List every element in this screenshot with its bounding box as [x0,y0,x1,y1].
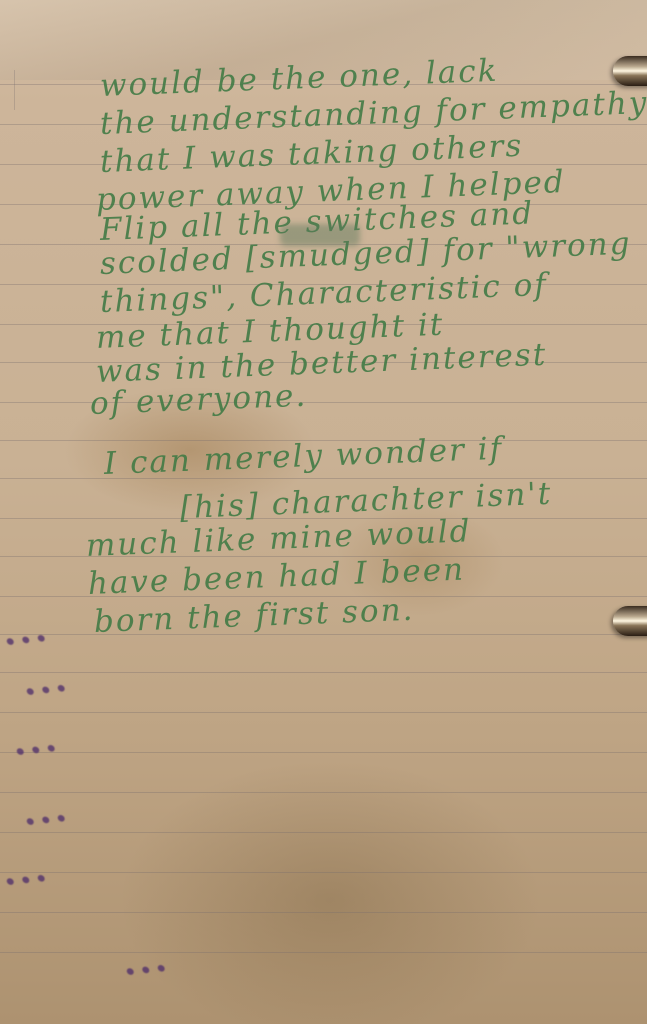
handwritten-line: I can merely wonder if [103,431,503,482]
bleed-through-text: ... [0,608,49,655]
ruled-line [0,872,647,873]
handwritten-line: of everyone. [89,378,308,422]
binder-ring-bottom [613,606,647,636]
ink-smudge [280,224,360,246]
bleed-through-text: ... [18,788,69,835]
ruled-line [0,912,647,913]
ruled-line [0,952,647,953]
bleed-through-text: ... [118,938,169,985]
binder-ring-top [613,56,647,86]
bleed-through-text: ... [0,848,49,895]
ruled-line [0,752,647,753]
bleed-through-text: ... [8,718,59,765]
ruled-line [0,832,647,833]
ruled-line [0,792,647,793]
notebook-page: ... ... ... ... ... ... would be the one… [0,0,647,1024]
bleed-through-text: ... [18,658,69,705]
margin-line [14,70,15,110]
ruled-line [0,672,647,673]
ruled-line [0,712,647,713]
